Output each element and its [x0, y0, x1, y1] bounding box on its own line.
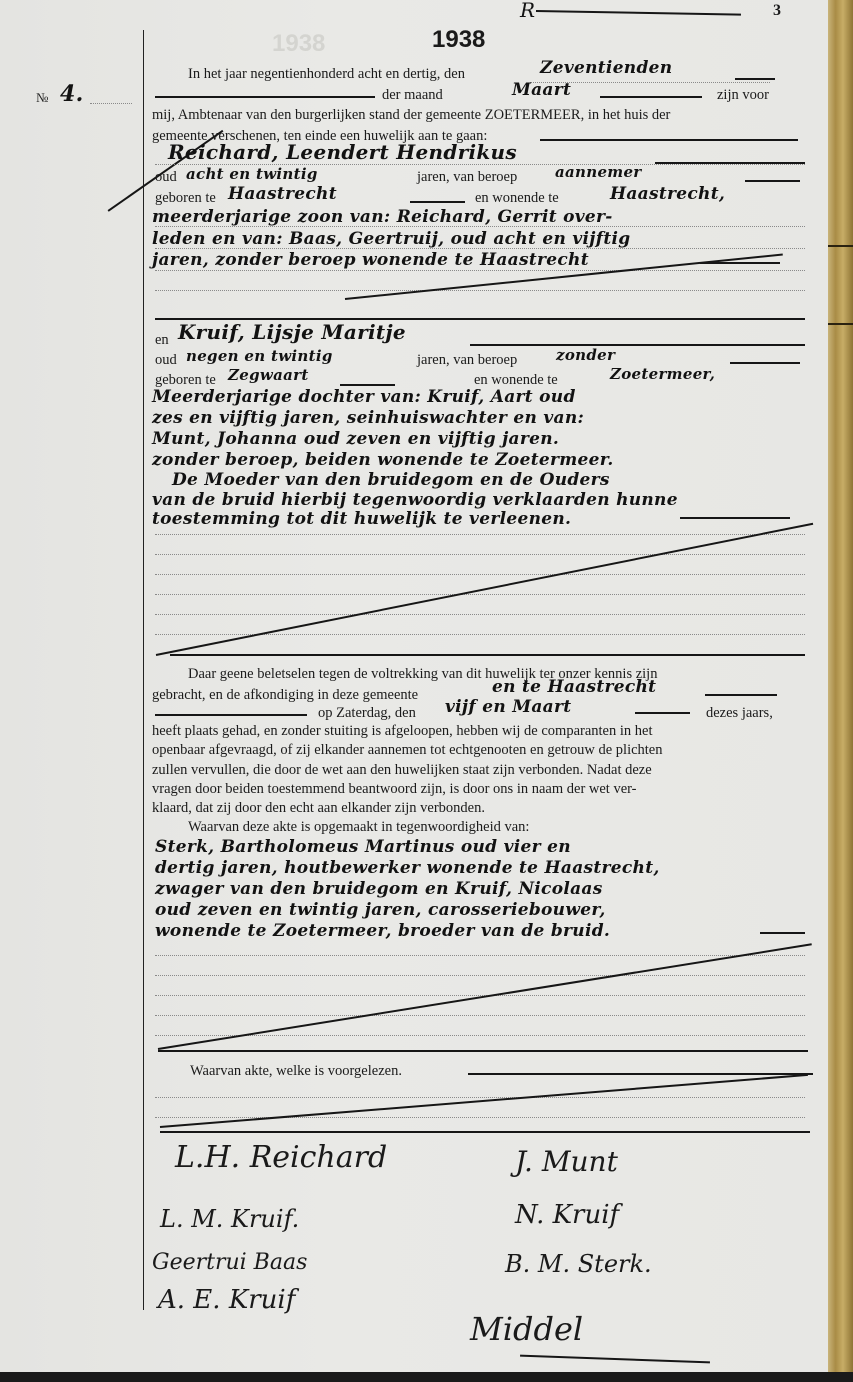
signature-mother-groom: Geertrui Baas	[152, 1250, 307, 1275]
dotted-line	[155, 226, 805, 227]
bride-detail-1: Meerderjarige dochter van: Kruif, Aart o…	[152, 387, 576, 407]
label-occupation: jaren, van beroep	[417, 168, 517, 186]
fill-stroke	[600, 96, 702, 98]
label-born: geboren te	[155, 189, 216, 207]
dotted-line	[155, 1015, 805, 1016]
fill-stroke	[705, 694, 777, 696]
proclamation-place: en te Haastrecht	[492, 677, 656, 697]
fill-stroke	[540, 139, 798, 141]
signature-parent-bride: A. E. Kruif	[158, 1285, 295, 1315]
proclamation-line-2: gebracht, en de afkondiging in deze geme…	[152, 686, 418, 704]
dotted-line	[155, 1035, 805, 1036]
opening-line-1: In het jaar negentienhonderd acht en der…	[188, 65, 465, 83]
dotted-line	[155, 290, 805, 291]
bride-occupation: zonder	[556, 345, 615, 365]
annotation-stroke	[536, 10, 741, 15]
signature-witness-sterk: B. M. Sterk.	[505, 1250, 652, 1278]
book-binding	[828, 0, 853, 1372]
proclamation-line-5: openbaar afgevraagd, of zij elkander aan…	[152, 741, 663, 759]
fill-stroke	[745, 180, 800, 182]
fill-stroke	[155, 714, 307, 716]
proclamation-line-7: vragen door beiden toestemmend beantwoor…	[152, 780, 637, 798]
groom-birthplace: Haastrecht	[228, 184, 337, 204]
bride-detail-2: zes en vijftig jaren, seinhuiswachter en…	[152, 408, 584, 428]
proclamation-line-4: heeft plaats gehad, en zonder stuiting i…	[152, 722, 652, 740]
witness-line-4: oud zeven en twintig jaren, carosseriebo…	[155, 900, 606, 920]
label-and: en	[155, 331, 169, 349]
dotted-line	[155, 975, 805, 976]
witnesses-intro: Waarvan deze akte is opgemaakt in tegenw…	[188, 818, 529, 836]
bride-detail-4: zonder beroep, beiden wonende te Zoeterm…	[152, 450, 614, 470]
dotted-line	[155, 614, 805, 615]
groom-detail-2: leden en van: Baas, Geertruij, oud acht …	[152, 229, 630, 249]
signature-registrar: Middel	[470, 1310, 583, 1348]
label-age: oud	[155, 351, 177, 369]
page-number: 3	[773, 2, 781, 20]
fill-stroke	[730, 362, 800, 364]
bleed-through-year: 1938	[272, 30, 325, 58]
groom-occupation: aannemer	[555, 162, 642, 182]
groom-detail-1: meerderjarige zoon van: Reichard, Gerrit…	[152, 207, 613, 227]
bride-detail-6: van de bruid hierbij tegenwoordig verkla…	[152, 490, 678, 510]
section-divider	[158, 1050, 808, 1052]
margin-rule	[143, 30, 144, 1310]
fill-stroke	[410, 201, 465, 203]
dotted-line	[155, 534, 805, 535]
signature-mother-bride: J. Munt	[515, 1145, 618, 1178]
dotted-line	[155, 594, 805, 595]
marriage-month: Maart	[512, 80, 571, 100]
record-number-prefix: №	[36, 89, 48, 107]
strike-line	[158, 943, 812, 1050]
bride-name: Kruif, Lijsje Maritje	[178, 322, 406, 342]
fill-stroke	[155, 96, 375, 98]
dotted-line	[155, 554, 805, 555]
binding-mark	[828, 245, 853, 247]
registrar-underline	[520, 1355, 710, 1364]
dotted-line	[155, 248, 805, 249]
fill-stroke	[635, 712, 690, 714]
groom-residence: Haastrecht,	[610, 184, 725, 204]
bride-age: negen en twintig	[186, 346, 333, 366]
witness-line-2: dertig jaren, houtbewerker wonende te Ha…	[155, 858, 660, 878]
groom-age: acht en twintig	[186, 164, 318, 184]
witness-line-5: wonende te Zoetermeer, broeder van de br…	[155, 921, 610, 941]
dotted-line	[155, 574, 805, 575]
section-divider	[170, 654, 805, 656]
proclamation-date: vijf en Maart	[445, 697, 571, 717]
groom-name: Reichard, Leendert Hendrikus	[168, 142, 517, 162]
proclamation-line-8: klaard, dat zij door den echt aan elkand…	[152, 799, 485, 817]
signature-bride: L. M. Kruif.	[160, 1205, 299, 1233]
strike-line	[156, 523, 813, 656]
section-divider	[160, 1131, 810, 1133]
label-occupation: jaren, van beroep	[417, 351, 517, 369]
label-residence: en wonende te	[475, 189, 559, 207]
annotation-mark: R	[520, 0, 535, 20]
proclamation-line-3-end: dezes jaars,	[706, 704, 773, 722]
witness-line-1: Sterk, Bartholomeus Martinus oud vier en	[155, 837, 571, 857]
fill-stroke	[655, 162, 805, 164]
fill-stroke	[470, 344, 805, 346]
opening-line-2-end: zijn voor	[717, 86, 769, 104]
proclamation-line-3: op Zaterdag, den	[318, 704, 416, 722]
bride-detail-7: toestemming tot dit huwelijk te verleene…	[152, 509, 571, 529]
closing-text: Waarvan akte, welke is voorgelezen.	[190, 1062, 402, 1080]
dotted-line	[155, 270, 805, 271]
dotted-line	[90, 103, 132, 104]
fill-stroke	[340, 384, 395, 386]
fill-stroke	[468, 1073, 813, 1075]
bride-residence: Zoetermeer,	[610, 364, 715, 384]
register-page: 1938 3 R 1938 № 4. In het jaar negentien…	[0, 0, 832, 1372]
groom-detail-3: jaren, zonder beroep wonende te Haastrec…	[152, 250, 589, 270]
record-number-value: 4.	[60, 84, 84, 104]
register-year: 1938	[432, 26, 485, 54]
fill-stroke	[735, 78, 775, 80]
label-age: oud	[155, 168, 177, 186]
proclamation-line-6: zullen vervullen, die door de wet aan de…	[152, 761, 652, 779]
dotted-line	[155, 955, 805, 956]
opening-line-3: mij, Ambtenaar van den burgerlijken stan…	[152, 106, 670, 124]
strike-line	[160, 1074, 808, 1128]
bride-detail-3: Munt, Johanna oud zeven en vijftig jaren…	[152, 429, 559, 449]
opening-line-2: der maand	[382, 86, 443, 104]
dotted-line	[155, 1097, 805, 1098]
fill-stroke	[680, 517, 790, 519]
signature-witness-kruif: N. Kruif	[515, 1200, 619, 1230]
bride-birthplace: Zegwaart	[228, 365, 309, 385]
witness-line-3: zwager van den bruidegom en Kruif, Nicol…	[155, 879, 603, 899]
fill-stroke	[760, 932, 805, 934]
bride-detail-5: De Moeder van den bruidegom en de Ouders	[172, 470, 610, 490]
binding-mark	[828, 323, 853, 325]
signature-groom: L.H. Reichard	[175, 1140, 387, 1175]
marriage-day: Zeventienden	[540, 58, 672, 78]
